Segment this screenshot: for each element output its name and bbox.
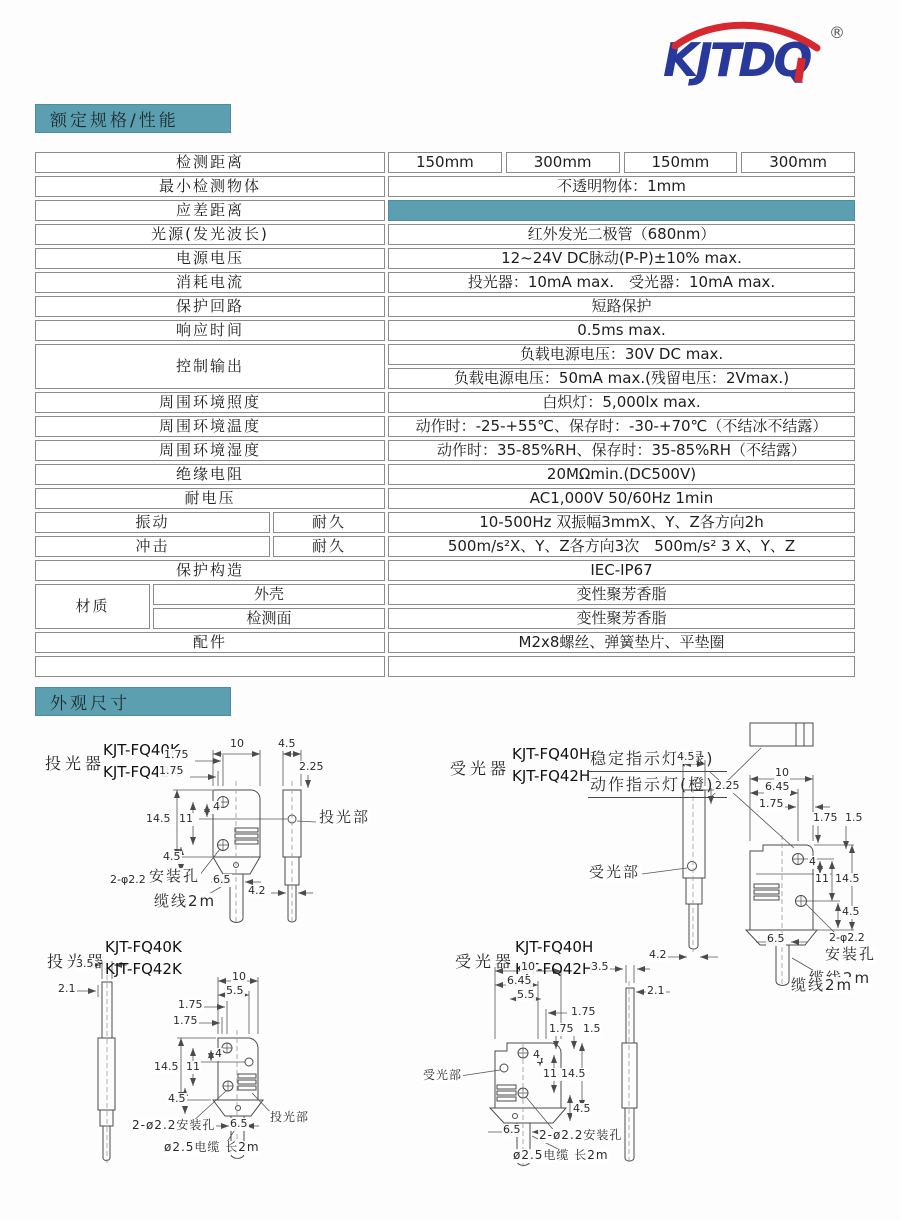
dimension-label: 14.5 bbox=[145, 813, 172, 826]
spec-value: 变性聚芳香脂 bbox=[388, 584, 855, 605]
table-row-vibration: 振动 耐久 10-500Hz 双振幅3mmX、Y、Z各方向2h bbox=[35, 512, 855, 533]
drawing-emitter-profile-front: 投光器 KJT-FQ40K KJT-FQ42K 3.52.1105.51.751… bbox=[35, 935, 420, 1195]
spec-value: 白炽灯：5,000lx max. bbox=[388, 392, 855, 413]
drawing-receiver-profile-front: 受光器 KJT-FQ40H KJT-FQ42H 106.455.51.751.7… bbox=[420, 935, 890, 1195]
dimension-label: 14.5 bbox=[834, 873, 861, 886]
spec-value: 红外发光二极管（680nm） bbox=[388, 224, 855, 245]
brand-logo-graphic: KJTDQ ® bbox=[655, 16, 855, 94]
dimension-label: 1.5 bbox=[582, 1023, 602, 1036]
dimension-label: 11 bbox=[542, 1068, 558, 1081]
spec-label: 材质 bbox=[35, 584, 150, 629]
device-type-label: 受光器 bbox=[450, 756, 510, 779]
spec-label: 光源(发光波长) bbox=[35, 224, 385, 245]
spec-table: 检测距离 150mm 300mm 150mm 300mm 最小检测物体 不透明物… bbox=[35, 152, 855, 680]
spec-label: 保护构造 bbox=[35, 560, 385, 581]
dimension-label: 稳定指示灯(绿) bbox=[588, 750, 727, 772]
table-row: 保护回路 短路保护 bbox=[35, 296, 855, 317]
spec-value bbox=[388, 656, 855, 677]
spec-label: 周围环境照度 bbox=[35, 392, 385, 413]
spec-sublabel-stack: 外壳 检测面 bbox=[153, 584, 385, 629]
dimension-label: 6.5 bbox=[229, 1118, 249, 1131]
table-row: 应差距离 bbox=[35, 200, 855, 221]
spec-label: 周围环境湿度 bbox=[35, 440, 385, 461]
spec-value: 动作时：-25-+55℃、保存时：-30-+70℃（不结冰不结露） bbox=[388, 416, 855, 437]
dimension-label: 1.5 bbox=[844, 812, 864, 825]
spec-value: 12~24V DC脉动(P-P)±10% max. bbox=[388, 248, 855, 269]
table-row: 配件 M2x8螺丝、弹簧垫片、平垫圈 bbox=[35, 632, 855, 653]
dimension-label: 1.75 bbox=[172, 1015, 199, 1028]
spec-value-stack: 负载电源电压：30V DC max. 负载电源电压：50mA max.(残留电压… bbox=[388, 344, 855, 389]
dimension-label: 1.75 bbox=[158, 765, 185, 778]
table-row: 检测距离 150mm 300mm 150mm 300mm bbox=[35, 152, 855, 173]
table-row-shock: 冲击 耐久 500m/s²X、Y、Z各方向3次 500m/s² 3 X、Y、Z bbox=[35, 536, 855, 557]
dimension-label: 4.5 bbox=[167, 1093, 187, 1106]
spec-label: 检测距离 bbox=[35, 152, 385, 173]
spec-value: 500m/s²X、Y、Z各方向3次 500m/s² 3 X、Y、Z bbox=[388, 536, 855, 557]
brand-logo: KJTDQ ® bbox=[655, 16, 855, 94]
spec-sublabel: 耐久 bbox=[273, 536, 385, 557]
dimension-label: 5.5 bbox=[225, 985, 245, 998]
spec-label: 最小检测物体 bbox=[35, 176, 385, 197]
dimension-label: 2.25 bbox=[714, 780, 741, 793]
dimension-label: 2.1 bbox=[646, 985, 666, 998]
dimension-label: 缆线2m bbox=[153, 893, 217, 910]
model-number: KJT-FQ42H bbox=[512, 767, 590, 785]
dimension-label: 3.5 bbox=[75, 958, 95, 971]
spec-sublabel: 外壳 bbox=[153, 584, 385, 605]
spec-value: 300mm bbox=[741, 152, 855, 173]
dimension-label: 缆线2m bbox=[790, 977, 854, 994]
spec-value: 不透明物体：1mm bbox=[388, 176, 855, 197]
section-header-dimensions: 外观尺寸 bbox=[35, 687, 231, 716]
spec-label: 绝缘电阻 bbox=[35, 464, 385, 485]
drawing-emitter-front-side: 投光器 KJT-FQ40K KJT-FQ42K 101.751.754.52.2… bbox=[35, 735, 420, 935]
table-row: 电源电压 12~24V DC脉动(P-P)±10% max. bbox=[35, 248, 855, 269]
spec-label: 周围环境温度 bbox=[35, 416, 385, 437]
dimension-label: 1.75 bbox=[570, 1006, 597, 1019]
dimension-label: ø2.5电缆 长2m bbox=[163, 1141, 261, 1155]
model-number: KJT-FQ40H bbox=[515, 938, 593, 956]
model-number: KJT-FQ42K bbox=[105, 960, 182, 978]
dimension-label: 受光部 bbox=[422, 1069, 463, 1083]
dimension-label: 投光部 bbox=[269, 1111, 310, 1125]
dimension-label: 2.1 bbox=[57, 983, 77, 996]
spec-label: 振动 bbox=[35, 512, 270, 533]
spec-label bbox=[35, 656, 385, 677]
dimension-label: 2.25 bbox=[298, 761, 325, 774]
spec-label: 响应时间 bbox=[35, 320, 385, 341]
spec-value: 150mm bbox=[624, 152, 738, 173]
dimension-label: 10 bbox=[774, 767, 790, 780]
dimension-label: 1.75 bbox=[812, 812, 839, 825]
spec-label: 耐电压 bbox=[35, 488, 385, 509]
table-row: 周围环境湿度 动作时：35-85%RH、保存时：35-85%RH（不结露） bbox=[35, 440, 855, 461]
dimension-label: 6.5 bbox=[212, 874, 232, 887]
spec-label: 配件 bbox=[35, 632, 385, 653]
dimension-label: 4 bbox=[532, 1049, 541, 1062]
table-row: 绝缘电阻 20MΩmin.(DC500V) bbox=[35, 464, 855, 485]
table-row-empty bbox=[35, 656, 855, 677]
dimension-label: 投光部 bbox=[318, 809, 371, 826]
table-row: 消耗电流 投光器：10mA max. 受光器：10mA max. bbox=[35, 272, 855, 293]
spec-sublabel: 检测面 bbox=[153, 608, 385, 629]
table-row: 耐电压 AC1,000V 50/60Hz 1min bbox=[35, 488, 855, 509]
spec-value: 负载电源电压：50mA max.(残留电压：2Vmax.) bbox=[388, 368, 855, 389]
spec-value: 300mm bbox=[506, 152, 620, 173]
model-number: KJT-FQ40H bbox=[512, 745, 590, 763]
dimension-label: 4 bbox=[214, 1048, 223, 1061]
dimension-label: 10 bbox=[231, 971, 247, 984]
spec-value: 投光器：10mA max. 受光器：10mA max. bbox=[388, 272, 855, 293]
spec-value: AC1,000V 50/60Hz 1min bbox=[388, 488, 855, 509]
table-row: 保护构造 IEC-IP67 bbox=[35, 560, 855, 581]
dimension-label: 1.75 bbox=[163, 749, 190, 762]
dimension-label: 10 bbox=[520, 961, 536, 974]
spec-label: 电源电压 bbox=[35, 248, 385, 269]
spec-value: 10-500Hz 双振幅3mmX、Y、Z各方向2h bbox=[388, 512, 855, 533]
spec-value: 0.5ms max. bbox=[388, 320, 855, 341]
spec-sublabel: 耐久 bbox=[273, 512, 385, 533]
dimension-label: 2-ø2.2安装孔 bbox=[538, 1129, 623, 1143]
dimension-label: 4.5 bbox=[841, 906, 861, 919]
dimension-label: 4.5 bbox=[162, 851, 182, 864]
spec-value: 短路保护 bbox=[388, 296, 855, 317]
spec-label: 保护回路 bbox=[35, 296, 385, 317]
dimension-label: 4.2 bbox=[247, 885, 267, 898]
device-type-label: 投光器 bbox=[45, 751, 105, 774]
dimension-label: 受光部 bbox=[588, 864, 641, 881]
dimension-label: 4 bbox=[808, 856, 817, 869]
spec-label: 消耗电流 bbox=[35, 272, 385, 293]
dimension-label: 10 bbox=[229, 738, 245, 751]
spec-value: 20MΩmin.(DC500V) bbox=[388, 464, 855, 485]
spec-label: 应差距离 bbox=[35, 200, 385, 221]
dimension-label: 11 bbox=[178, 813, 194, 826]
spec-value-highlight bbox=[388, 200, 855, 221]
spec-value: 变性聚芳香脂 bbox=[388, 608, 855, 629]
dimension-drawing-svg bbox=[420, 935, 890, 1195]
device-type-label: 受光器 bbox=[455, 949, 515, 972]
dimension-label: 4.5 bbox=[676, 751, 696, 764]
registered-mark: ® bbox=[829, 23, 845, 42]
dimension-label: 14.5 bbox=[560, 1068, 587, 1081]
dimension-label: 1.75 bbox=[758, 798, 785, 811]
spec-value: 负载电源电压：30V DC max. bbox=[388, 344, 855, 365]
dimension-label: 3.5 bbox=[590, 961, 610, 974]
spec-value: 150mm bbox=[388, 152, 502, 173]
spec-value: 动作时：35-85%RH、保存时：35-85%RH（不结露） bbox=[388, 440, 855, 461]
dimension-label: 6.45 bbox=[506, 975, 533, 988]
dimension-label: 动作指示灯(橙) bbox=[588, 776, 727, 798]
table-row: 响应时间 0.5ms max. bbox=[35, 320, 855, 341]
dimension-label: 11 bbox=[814, 873, 830, 886]
section-header-specs: 额定规格/性能 bbox=[35, 104, 231, 133]
dimension-label: 1.75 bbox=[548, 1023, 575, 1036]
dimension-label: 11 bbox=[185, 1061, 201, 1074]
spec-label: 冲击 bbox=[35, 536, 270, 557]
dimension-drawing-svg bbox=[35, 935, 420, 1195]
dimension-label: 4 bbox=[212, 801, 221, 814]
section-title: 外观尺寸 bbox=[50, 689, 130, 714]
spec-value-stack: 变性聚芳香脂 变性聚芳香脂 bbox=[388, 584, 855, 629]
dimension-label: 6.45 bbox=[764, 781, 791, 794]
table-row: 光源(发光波长) 红外发光二极管（680nm） bbox=[35, 224, 855, 245]
section-title: 额定规格/性能 bbox=[50, 106, 179, 131]
dimension-label: 4.5 bbox=[572, 1103, 592, 1116]
dimension-label: 1.75 bbox=[177, 999, 204, 1012]
dimension-label: 14.5 bbox=[153, 1061, 180, 1074]
dimension-label: 6.5 bbox=[502, 1124, 522, 1137]
dimension-label: 4.5 bbox=[277, 738, 297, 751]
spec-value: M2x8螺丝、弹簧垫片、平垫圈 bbox=[388, 632, 855, 653]
table-row-material: 材质 外壳 检测面 变性聚芳香脂 变性聚芳香脂 bbox=[35, 584, 855, 629]
dimension-label: 2-ø2.2安装孔 bbox=[131, 1119, 216, 1133]
spec-value: IEC-IP67 bbox=[388, 560, 855, 581]
table-row: 最小检测物体 不透明物体：1mm bbox=[35, 176, 855, 197]
model-number: KJT-FQ40K bbox=[105, 938, 182, 956]
table-row: 周围环境照度 白炽灯：5,000lx max. bbox=[35, 392, 855, 413]
dimension-label: 5.5 bbox=[516, 989, 536, 1002]
dimension-label: 安装孔 bbox=[148, 868, 201, 885]
spec-label: 控制输出 bbox=[35, 344, 385, 389]
dimension-label: 2-φ2.2 bbox=[109, 874, 147, 887]
table-row: 周围环境温度 动作时：-25-+55℃、保存时：-30-+70℃（不结冰不结露） bbox=[35, 416, 855, 437]
dimension-label: ø2.5电缆 长2m bbox=[512, 1149, 610, 1163]
table-row-control-output: 控制输出 负载电源电压：30V DC max. 负载电源电压：50mA max.… bbox=[35, 344, 855, 389]
spec-values: 150mm 300mm 150mm 300mm bbox=[388, 152, 855, 173]
